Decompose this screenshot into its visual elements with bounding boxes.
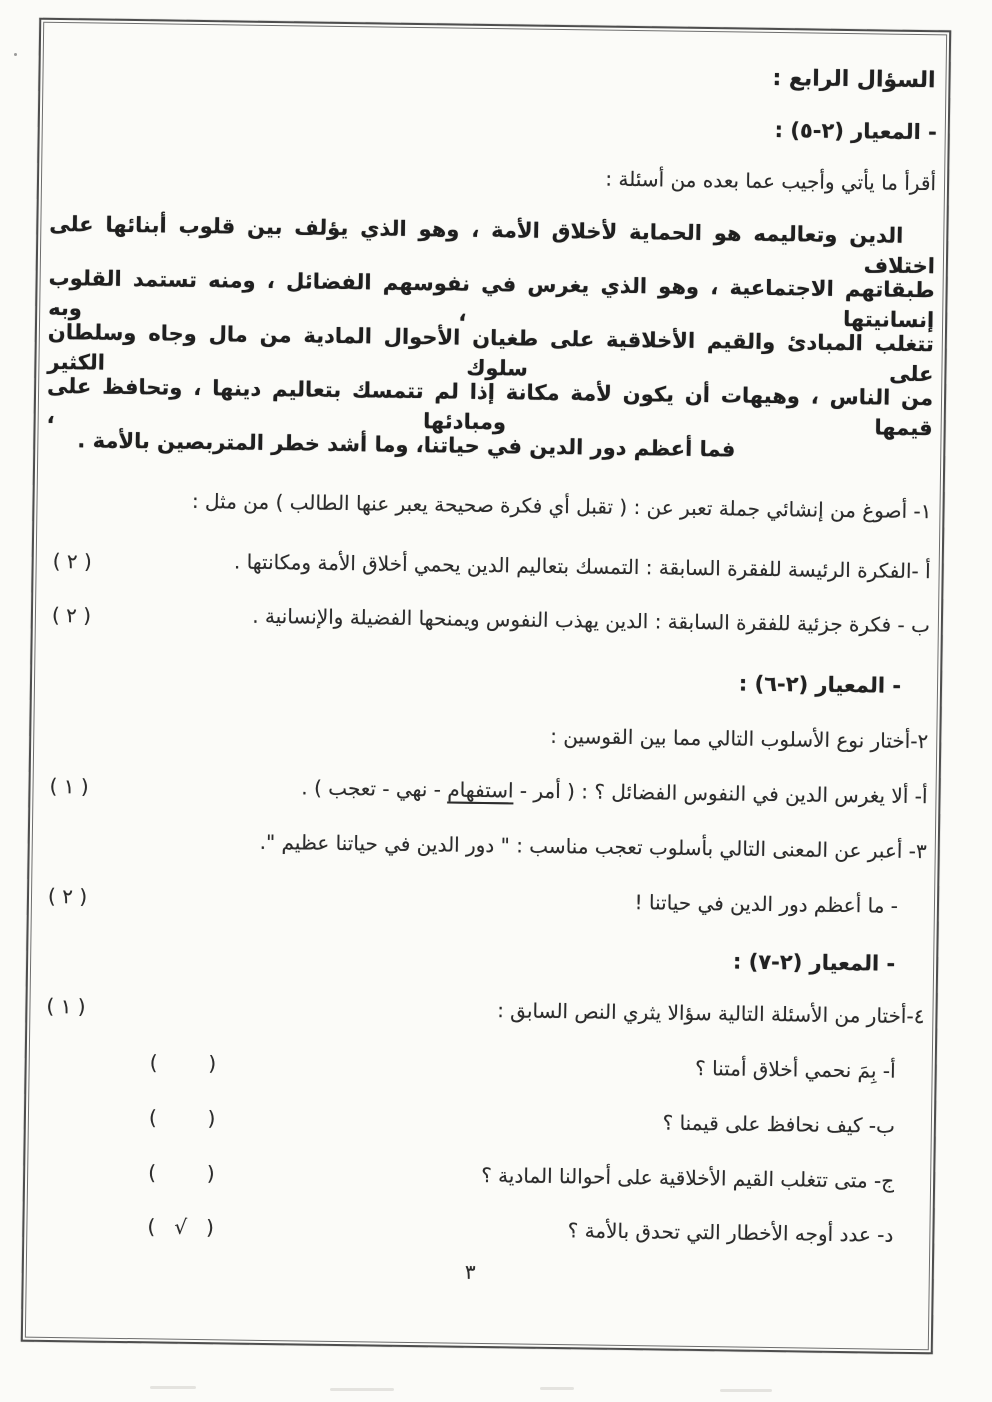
- q4-stem-row: ٤-أختار من الأسئلة التالية سؤالا يثري ال…: [38, 990, 924, 1031]
- q2-item-a-score: ( ١ ): [49, 772, 88, 802]
- scanned-exam-page: { "document": { "title": "السؤال الرابع …: [0, 0, 992, 1402]
- scan-smudge: [720, 1389, 772, 1392]
- q4-option-c-text: ج- متى تتغلب القيم الأخلاقية على أحوالنا…: [481, 1161, 894, 1196]
- q1-item-a-score: ( ٢ ): [52, 547, 91, 577]
- q4-option-a: أ- بِمَ نحمي أخلاق أمتنا ؟ ( ): [38, 1045, 924, 1086]
- q4-option-d-checkmark: ( √ ): [147, 1212, 214, 1242]
- page-inner-border: السؤال الرابع : - المعيار (٢-٥) : أقرأ م…: [25, 22, 947, 1350]
- q2-item-a-text-pre: أ- ألا يغرس الدين في النفوس الفضائل ؟ : …: [513, 778, 927, 808]
- scan-smudge: [150, 1386, 196, 1389]
- q4-option-b: ب- كيف نحافظ على قيمنا ؟ ( ): [37, 1100, 923, 1141]
- reading-instruction: أقرأ ما يأتي وأجيب عما بعده من أسئلة :: [50, 157, 936, 198]
- page-number: ٣: [465, 1258, 476, 1287]
- page-border: السؤال الرابع : - المعيار (٢-٥) : أقرأ م…: [21, 18, 951, 1355]
- standard-2-6-label: - المعيار (٢-٦) :: [43, 659, 901, 701]
- q3-answer-score: ( ٢ ): [48, 882, 87, 912]
- q1-item-b-text: ب - فكرة جزئية للفقرة السابقة : الدين يه…: [252, 602, 930, 640]
- q4-option-c: ج- متى تتغلب القيم الأخلاقية على أحوالنا…: [36, 1155, 922, 1196]
- q2-item-a-text-post: - نهي - تعجب ) .: [301, 775, 447, 801]
- question-four-title: السؤال الرابع :: [772, 63, 935, 97]
- q2-item-a: أ- ألا يغرس الدين في النفوس الفضائل ؟ : …: [41, 770, 927, 811]
- q3-stem: ٣- أعبر عن المعنى التالي بأسلوب تعجب منا…: [41, 825, 927, 866]
- q4-option-b-text: ب- كيف نحافظ على قيمنا ؟: [662, 1109, 895, 1141]
- scan-smudge: [540, 1387, 574, 1390]
- scan-speck: [14, 53, 17, 56]
- q4-option-d: د- عدد أوجه الأخطار التي تحدق بالأمة ؟ (…: [35, 1209, 921, 1250]
- q3-answer: - ما أعظم دور الدين في حياتنا ! ( ٢ ): [40, 880, 926, 921]
- q4-stem: ٤-أختار من الأسئلة التالية سؤالا يثري ال…: [497, 996, 925, 1031]
- q4-score: ( ١ ): [46, 992, 85, 1022]
- standard-2-7-label: - المعيار (٢-٧) :: [39, 937, 895, 979]
- q4-option-c-checkbox: ( ): [148, 1158, 215, 1188]
- q1-item-b: ب - فكرة جزئية للفقرة السابقة : الدين يه…: [44, 599, 930, 640]
- q4-option-a-text: أ- بِمَ نحمي أخلاق أمتنا ؟: [695, 1054, 896, 1086]
- q4-option-a-checkbox: ( ): [150, 1048, 217, 1078]
- q3-answer-text: - ما أعظم دور الدين في حياتنا !: [634, 888, 898, 921]
- q2-underlined-answer: استفهام: [447, 777, 514, 802]
- q1-item-a: أ -الفكرة الرئيسة للفقرة السابقة : التمس…: [45, 545, 931, 586]
- q2-item-a-text: أ- ألا يغرس الدين في النفوس الفضائل ؟ : …: [301, 773, 928, 811]
- q1-item-a-text: أ -الفكرة الرئيسة للفقرة السابقة : التمس…: [234, 547, 931, 586]
- q4-option-b-checkbox: ( ): [149, 1103, 216, 1133]
- scan-smudge: [330, 1388, 394, 1391]
- q2-stem: ٢-أختار نوع الأسلوب التالي مما بين القوس…: [42, 715, 928, 756]
- standard-2-5-label: - المعيار (٢-٥) :: [51, 105, 937, 148]
- q1-stem: ١- أصوغ من إنشائي جملة تعبر عن : ( تقبل …: [45, 485, 931, 526]
- q1-item-b-score: ( ٢ ): [52, 601, 91, 631]
- q4-option-d-text: د- عدد أوجه الأخطار التي تحدق بالأمة ؟: [567, 1216, 893, 1250]
